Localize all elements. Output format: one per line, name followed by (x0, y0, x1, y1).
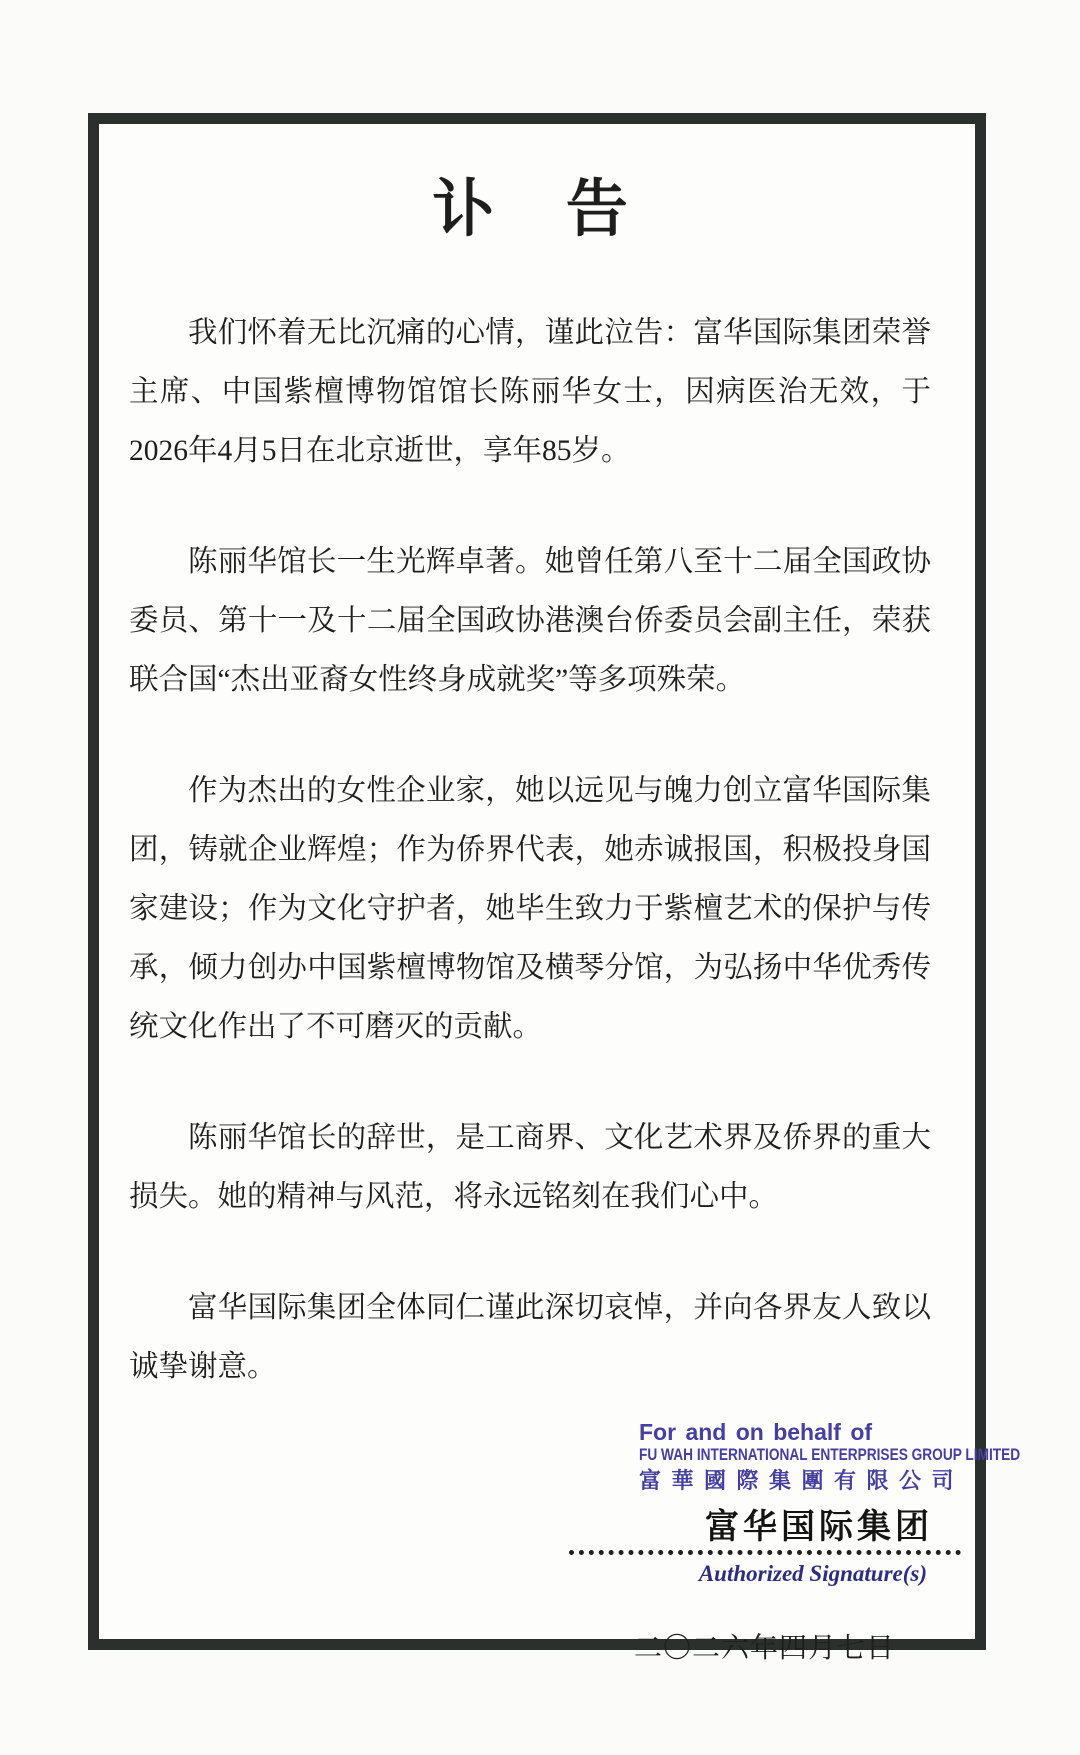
notice-body: 我们怀着无比沉痛的心情，谨此泣告：富华国际集团荣誉主席、中国紫檀博物馆馆长陈丽华… (129, 304, 931, 1397)
mourning-border-frame: 讣 告 我们怀着无比沉痛的心情，谨此泣告：富华国际集团荣誉主席、中国紫檀博物馆馆… (88, 113, 986, 1650)
authorized-signature-caption: Authorized Signature(s) (569, 1559, 961, 1589)
signer-name: 富华国际集团 (569, 1508, 961, 1548)
notice-paragraph: 作为杰出的女性企业家，她以远见与魄力创立富华国际集团，铸就企业辉煌；作为侨界代表… (129, 762, 931, 1057)
notice-paragraph: 富华国际集团全体同仁谨此深切哀悼，并向各界友人致以诚挚谢意。 (129, 1279, 931, 1397)
obituary-notice-page: 讣 告 我们怀着无比沉痛的心情，谨此泣告：富华国际集团荣誉主席、中国紫檀博物馆馆… (0, 0, 1080, 1755)
notice-date: 二〇二六年四月七日 (129, 1631, 931, 1667)
company-stamp: For and on behalf of FU WAH INTERNATIONA… (569, 1419, 961, 1494)
notice-title: 讣 告 (129, 172, 931, 248)
stamp-behalf-line: For and on behalf of (639, 1419, 961, 1445)
signature-dotted-line (569, 1550, 961, 1555)
notice-paragraph: 陈丽华馆长的辞世，是工商界、文化艺术界及侨界的重大损失。她的精神与风范，将永远铭… (129, 1109, 931, 1227)
stamp-company-name-chinese: 富華國際集團有限公司 (639, 1468, 961, 1494)
notice-paragraph: 陈丽华馆长一生光辉卓著。她曾任第八至十二届全国政协委员、第十一及十二届全国政协港… (129, 533, 931, 710)
notice-paragraph: 我们怀着无比沉痛的心情，谨此泣告：富华国际集团荣誉主席、中国紫檀博物馆馆长陈丽华… (129, 304, 931, 481)
stamp-company-name-english: FU WAH INTERNATIONAL ENTERPRISES GROUP L… (639, 1445, 906, 1466)
signature-block: For and on behalf of FU WAH INTERNATIONA… (569, 1419, 961, 1589)
